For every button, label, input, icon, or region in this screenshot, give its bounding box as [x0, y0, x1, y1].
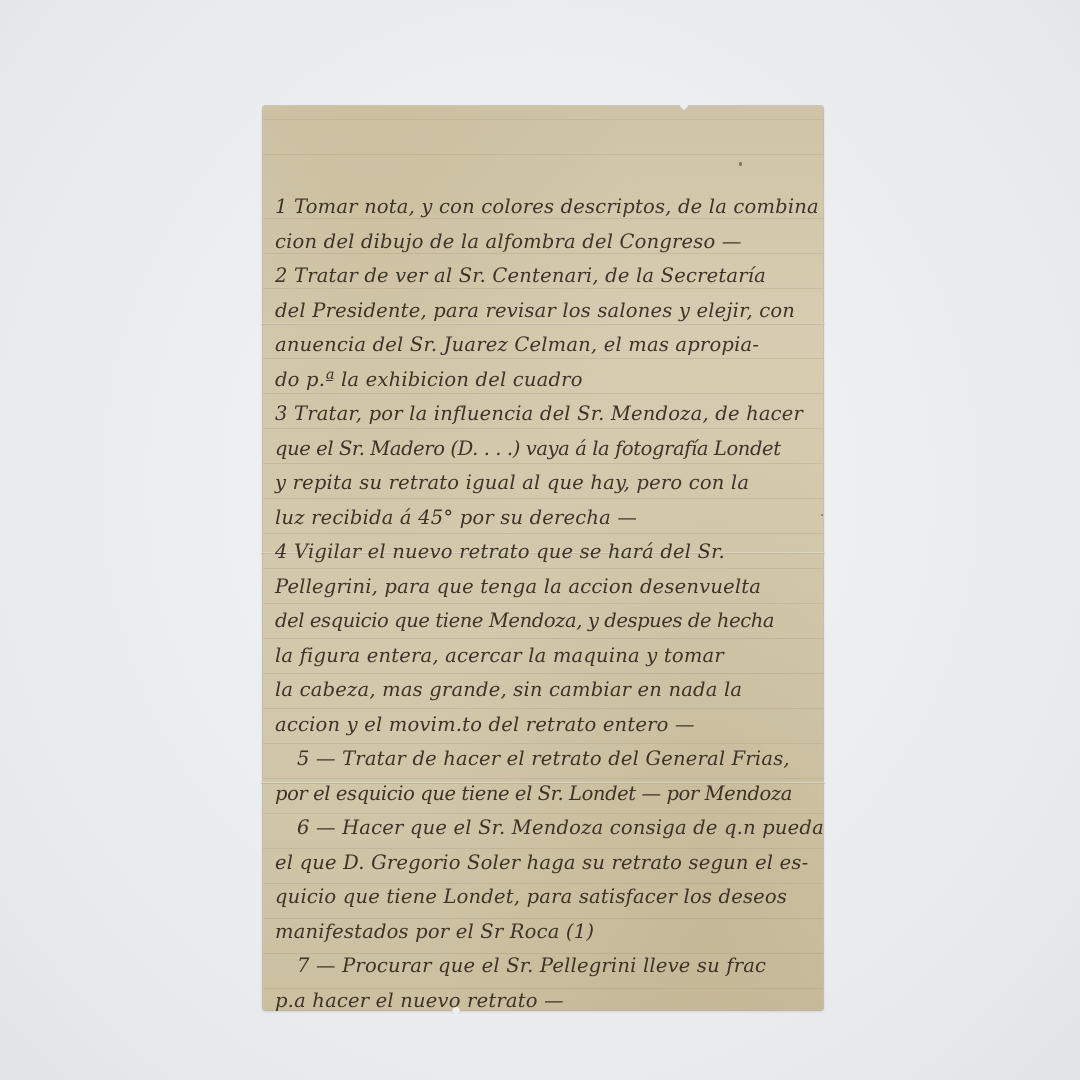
text-line: manifestados por el Sr Roca (1) — [275, 915, 820, 950]
text-line: cion del dibujo de la alfombra del Congr… — [275, 225, 820, 260]
text-line: p.a hacer el nuevo retrato — — [275, 984, 820, 1019]
paper-tear — [680, 102, 688, 110]
text-line: 2 Tratar de ver al Sr. Centenari, de la … — [275, 259, 820, 294]
ink-spot — [739, 162, 742, 166]
text-line: 3 Tratar, por la influencia del Sr. Mend… — [275, 397, 820, 432]
text-line: anuencia del Sr. Juarez Celman, el mas a… — [275, 328, 820, 363]
text-line: 4 Vigilar el nuevo retrato que se hará d… — [275, 535, 820, 570]
text-line: del esquicio que tiene Mendoza, y despue… — [275, 604, 820, 639]
text-line: 5 — Tratar de hacer el retrato del Gener… — [275, 742, 820, 777]
text-line: el que D. Gregorio Soler haga su retrato… — [275, 846, 820, 881]
text-line: 7 — Procurar que el Sr. Pellegrini lleve… — [275, 949, 820, 984]
text-line: accion y el movim.to del retrato entero … — [275, 708, 820, 743]
ink-spot — [821, 514, 823, 516]
text-line: quicio que tiene Londet, para satisfacer… — [275, 880, 820, 915]
text-line: por el esquicio que tiene el Sr. Londet … — [275, 777, 820, 812]
text-line: 1 Tomar nota, y con colores descriptos, … — [275, 190, 820, 225]
text-line: luz recibida á 45° por su derecha — — [275, 501, 820, 536]
text-line: 6 — Hacer que el Sr. Mendoza consiga de … — [275, 811, 820, 846]
text-line: del Presidente, para revisar los salones… — [275, 294, 820, 329]
text-line: que el Sr. Madero (D. . . .) vaya á la f… — [275, 432, 820, 467]
text-line: y repita su retrato igual al que hay, pe… — [275, 466, 820, 501]
text-line: la figura entera, acercar la maquina y t… — [275, 639, 820, 674]
text-line: la cabeza, mas grande, sin cambiar en na… — [275, 673, 820, 708]
handwritten-letter-sheet: 1 Tomar nota, y con colores descriptos, … — [263, 106, 823, 1010]
text-line: Pellegrini, para que tenga la accion des… — [275, 570, 820, 605]
text-line: do p.ª la exhibicion del cuadro — [275, 363, 820, 398]
handwritten-text: 1 Tomar nota, y con colores descriptos, … — [275, 190, 820, 1018]
